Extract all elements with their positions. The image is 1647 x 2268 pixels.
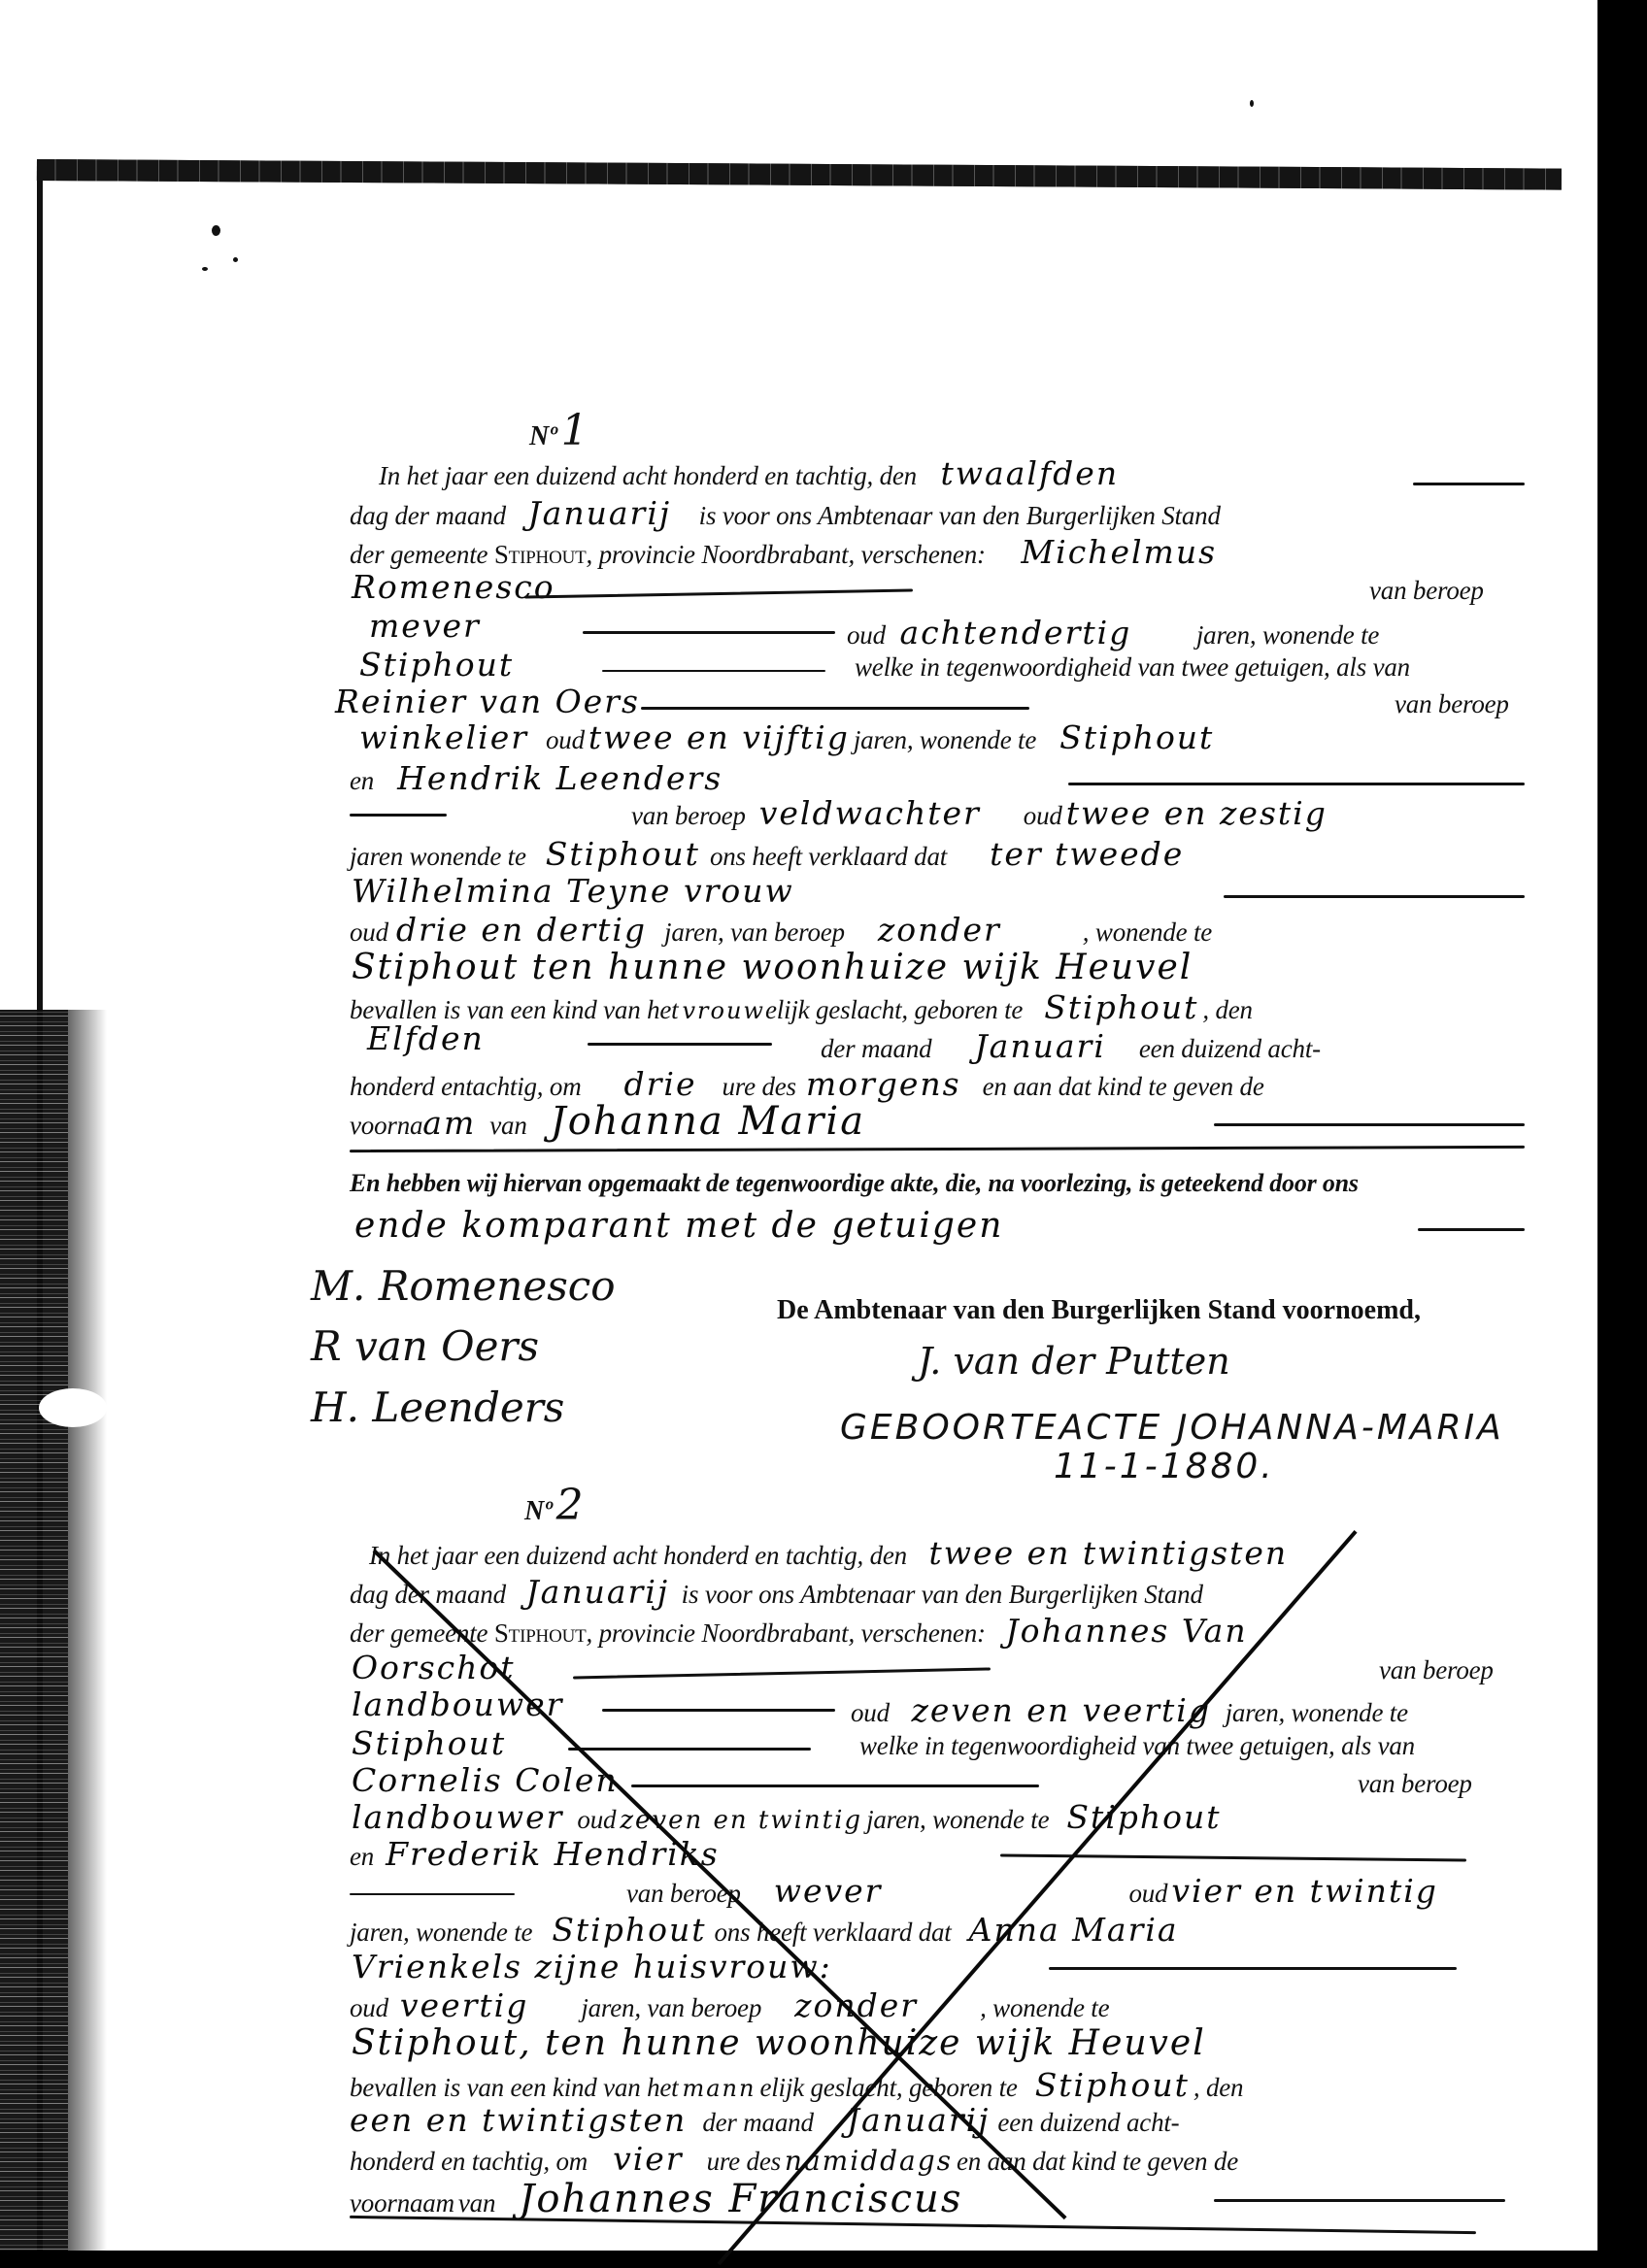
handwritten-occupation: landbouwer	[352, 1798, 563, 1836]
r1-line-17: honderd entachtig, om drie ure des morge…	[350, 1065, 1264, 1103]
number-value: 2	[556, 1481, 584, 1530]
handwritten-hour: drie	[624, 1065, 697, 1103]
handwritten-declarant-surname: Romenesco	[352, 568, 555, 606]
printed-text: , den	[1193, 2073, 1243, 2102]
printed-text: jaren, wonende te	[866, 1805, 1049, 1834]
r1-line-13: oud drie en dertig jaren, van beroep zon…	[350, 911, 1212, 949]
handwritten-witness-2: Frederik Hendriks	[386, 1835, 720, 1873]
handwritten-age: twee en zestig	[1066, 794, 1328, 832]
record-2-number: Nº 2	[524, 1481, 584, 1530]
printed-text: oud	[1024, 801, 1062, 830]
printed-text: elijk geslacht, geboren te	[765, 995, 1023, 1024]
record-1-number: Nº 1	[529, 406, 588, 455]
r1-line-11: jaren wonende te Stiphout ons heeft verk…	[350, 835, 1184, 873]
r2-line-17: honderd en tachtig, om vier ure des nami…	[350, 2140, 1238, 2178]
handwritten-mother-surname: Vrienkels zijne huisvrouw:	[352, 1948, 832, 1985]
printed-text: oud	[350, 1993, 388, 2022]
printed-text: oud	[1128, 1879, 1167, 1908]
handwritten-birth-month: Januari	[974, 1027, 1105, 1065]
closing-handwritten-text: ende komparant met de getuigen	[354, 1206, 1003, 1246]
printed-text: van beroep	[1358, 1769, 1472, 1799]
handwritten-sex: mann	[682, 2075, 756, 2102]
fill-line	[573, 1667, 991, 1679]
printed-text: der gemeente	[350, 540, 487, 569]
printed-text: bevallen is van een kind van het	[350, 2073, 678, 2102]
r1-line-5: oud achtendertig jaren, wonende te	[847, 614, 1379, 651]
r2-line-1: In het jaar een duizend acht honderd en …	[369, 1534, 1288, 1572]
r2-line-9: en Frederik Hendriks	[350, 1835, 720, 1873]
fill-line	[1049, 1967, 1457, 1970]
handwritten-time-of-day: morgens	[806, 1065, 961, 1103]
punch-hole	[39, 1388, 107, 1427]
fill-line	[568, 1748, 811, 1751]
handwritten-birth-month: Januarij	[847, 2101, 991, 2139]
printed-text: honderd en tachtig, om	[350, 2147, 588, 2176]
r2-line-3: der gemeente Stiphout, provincie Noordbr…	[350, 1612, 1248, 1650]
printed-text: , den	[1202, 995, 1252, 1024]
handwritten-witness-1: Reinier van Oers	[335, 683, 640, 720]
fill-line	[350, 1146, 1525, 1152]
printed-text: jaren wonende te	[350, 842, 526, 871]
annotation-title: GEBOORTEACTE JOHANNA-MARIA	[840, 1408, 1504, 1448]
handwritten-mother-name: Wilhelmina Teyne vrouw	[352, 872, 794, 910]
handwritten-sex: vrouw	[682, 997, 764, 1024]
printed-text: is voor ons Ambtenaar van den Burgerlijk…	[682, 1580, 1203, 1609]
signature-witness-1: R van Oers	[311, 1322, 539, 1370]
handwritten-text: am	[422, 1104, 476, 1142]
printed-text: In het jaar een duizend acht honderd en …	[379, 461, 917, 490]
printed-text: oud	[546, 725, 585, 754]
printed-text: ons heeft verklaard dat	[715, 1918, 952, 1947]
handwritten-age: twee en vijftig	[588, 718, 850, 756]
r1-line-3: der gemeente Stiphout, provincie Noordbr…	[350, 533, 1217, 571]
handwritten-residence: Stiphout	[352, 1724, 506, 1762]
r1-line-8: winkelier oud twee en vijftig jaren, won…	[359, 718, 1214, 756]
printed-text: jaren, wonende te	[854, 725, 1036, 754]
printed-text: welke in tegenwoordigheid van twee getui…	[855, 652, 1410, 683]
scan-binding-shadow	[0, 1010, 68, 2268]
printed-text: voornaam	[350, 2188, 454, 2218]
handwritten-declarant-surname: Oorschot	[352, 1649, 516, 1686]
handwritten-child-name: Johannes Franciscus	[519, 2177, 962, 2221]
municipality-name: Stiphout	[494, 540, 587, 569]
handwritten-age: vier en twintig	[1171, 1872, 1438, 1910]
handwritten-occupation: wever	[774, 1872, 883, 1910]
r2-line-8: landbouwer oud zeven en twintig jaren, w…	[352, 1798, 1222, 1836]
handwritten-residence: Stiphout	[1066, 1798, 1221, 1836]
printed-text: , provincie Noordbrabant, verschenen:	[587, 1618, 986, 1648]
printed-text: een duizend acht-	[997, 2108, 1179, 2137]
r1-line-10: van beroep veldwachter oud twee en zesti…	[631, 794, 1328, 832]
printed-text: ons heeft verklaard dat	[710, 842, 947, 871]
handwritten-mother-relation: ter tweede	[990, 835, 1184, 873]
handwritten-declarant-first-name: Michelmus	[1021, 533, 1217, 571]
fill-line	[1068, 783, 1525, 785]
printed-text: oud	[577, 1805, 616, 1834]
handwritten-month: Januarij	[527, 494, 671, 532]
printed-text: ure des	[707, 2147, 781, 2176]
handwritten-occupation: zonder	[878, 911, 1001, 949]
handwritten-occupation: mever	[369, 607, 481, 645]
fill-line	[602, 670, 825, 672]
r2-line-16: een en twintigsten der maand Januarij ee…	[350, 2101, 1179, 2139]
handwritten-witness-1: Cornelis Colen	[352, 1761, 619, 1799]
handwritten-residence: Stiphout	[546, 835, 700, 873]
r1-line-2: dag der maand Januarij is voor ons Ambte…	[350, 494, 1221, 532]
printed-text: en aan dat kind te geven de	[983, 1072, 1264, 1101]
printed-text: voorna	[350, 1111, 422, 1140]
r2-line-18: voornaam van Johannes Franciscus	[350, 2177, 962, 2221]
ink-speck	[1250, 100, 1254, 107]
annotation-date: 11-1-1880.	[1054, 1447, 1275, 1486]
r1-line-18: voornaam van Johanna Maria	[350, 1099, 865, 1144]
printed-text: , wonende te	[1083, 917, 1212, 947]
fill-line	[1224, 895, 1525, 898]
printed-text: van beroep	[631, 801, 746, 830]
printed-text: welke in tegenwoordigheid van twee getui…	[859, 1731, 1415, 1761]
handwritten-age: achtendertig	[899, 614, 1131, 651]
fill-line	[588, 1043, 772, 1046]
printed-text: der maand	[702, 2108, 813, 2137]
r2-line-5: oud zeven en veertig jaren, wonende te	[851, 1691, 1408, 1729]
printed-text: jaren, wonende te	[1226, 1698, 1408, 1727]
printed-text: van beroep	[1379, 1655, 1494, 1685]
printed-text: oud	[851, 1698, 890, 1727]
handwritten-age: drie en dertig	[396, 911, 647, 949]
printed-text: oud	[847, 620, 886, 650]
signature-declarant: M. Romenesco	[311, 1262, 616, 1310]
printed-text: honderd entachtig, om	[350, 1072, 582, 1101]
printed-text: jaren, wonende te	[350, 1918, 532, 1947]
handwritten-birth-place-detail: Stiphout, ten hunne woonhuize wijk Heuve…	[352, 2023, 1206, 2063]
printed-text: van beroep	[1395, 689, 1509, 719]
number-value: 1	[561, 406, 588, 455]
fill-line	[1413, 483, 1525, 485]
handwritten-declarant-first-name: Johannes Van	[1005, 1612, 1247, 1650]
handwritten-birth-day: een en twintigsten	[350, 2101, 687, 2139]
scan-right-black-strip	[1597, 0, 1647, 2268]
handwritten-month: Januarij	[525, 1573, 669, 1611]
printed-text: van beroep	[626, 1879, 741, 1908]
printed-text: van beroep	[1369, 576, 1484, 606]
handwritten-birth-place-detail: Stiphout ten hunne woonhuize wijk Heuvel	[352, 948, 1193, 987]
fill-line	[524, 589, 913, 599]
handwritten-hour: vier	[613, 2140, 684, 2178]
ink-speck	[233, 257, 238, 262]
handwritten-birth-place: Stiphout	[1035, 2066, 1190, 2104]
number-label: Nº	[524, 1496, 553, 1526]
handwritten-residence: Stiphout	[1059, 718, 1214, 756]
printed-text: , provincie Noordbrabant, verschenen:	[587, 540, 986, 569]
printed-text: oud	[350, 917, 388, 947]
handwritten-age: veertig	[400, 1986, 528, 2024]
fill-line	[1214, 1123, 1525, 1126]
printed-text: ure des	[723, 1072, 796, 1101]
printed-text: jaren, van beroep	[664, 917, 845, 947]
handwritten-day: twee en twintigsten	[929, 1534, 1289, 1572]
fill-line	[602, 1709, 835, 1712]
handwritten-child-name: Johanna Maria	[551, 1099, 865, 1144]
printed-text: jaren, wonende te	[1196, 620, 1379, 650]
r1-line-16: der maand Januari een duizend acht-	[821, 1027, 1321, 1065]
printed-text: en	[350, 1842, 374, 1871]
scan-binding-fade	[68, 1010, 107, 2268]
r1-line-15: bevallen is van een kind van het vrouwel…	[350, 988, 1253, 1026]
printed-text: en	[350, 766, 374, 795]
handwritten-age: zeven en veertig	[911, 1691, 1211, 1729]
printed-text: , wonende te	[980, 1993, 1109, 2022]
handwritten-occupation: veldwachter	[759, 794, 981, 832]
printed-text: van	[489, 1111, 526, 1140]
signature-registrar: J. van der Putten	[918, 1340, 1230, 1383]
closing-printed-text: En hebben wij hiervan opgemaakt de tegen…	[350, 1169, 1359, 1198]
r2-line-13: oud veertig jaren, van beroep zonder , w…	[350, 1986, 1109, 2024]
fill-line	[1418, 1228, 1525, 1231]
printed-text: van	[458, 2188, 495, 2218]
handwritten-residence: Stiphout	[552, 1911, 706, 1949]
printed-text: elijk geslacht, geboren te	[759, 2073, 1017, 2102]
printed-text: In het jaar een duizend acht honderd en …	[369, 1541, 907, 1570]
ink-speck	[212, 225, 220, 236]
fill-line	[1214, 2199, 1505, 2202]
handwritten-birth-day: Elfden	[367, 1019, 485, 1057]
number-label: Nº	[529, 421, 557, 451]
handwritten-birth-place: Stiphout	[1044, 988, 1198, 1026]
r1-line-9: en Hendrik Leenders	[350, 759, 723, 797]
fill-line	[631, 1784, 1039, 1787]
scan-top-border-band	[37, 159, 1562, 190]
fill-line	[641, 707, 1029, 710]
fill-line	[583, 631, 835, 634]
signature-witness-2: H. Leenders	[311, 1384, 564, 1431]
handwritten-occupation: winkelier	[359, 718, 528, 756]
r1-line-1: In het jaar een duizend acht honderd en …	[379, 454, 1119, 492]
printed-text: der maand	[821, 1034, 931, 1063]
printed-text: is voor ons Ambtenaar van den Burgerlijk…	[699, 501, 1221, 530]
printed-text: jaren, van beroep	[581, 1993, 761, 2022]
registrar-label: De Ambtenaar van den Burgerlijken Stand …	[777, 1295, 1421, 1326]
handwritten-witness-2: Hendrik Leenders	[397, 759, 723, 797]
municipality-name: Stiphout	[494, 1618, 587, 1648]
handwritten-day: twaalfden	[941, 454, 1120, 492]
printed-text: een duizend acht-	[1139, 1034, 1321, 1063]
handwritten-residence: Stiphout	[359, 646, 514, 684]
printed-text: dag der maand	[350, 501, 506, 530]
r2-line-15: bevallen is van een kind van het mann el…	[350, 2066, 1243, 2104]
fill-line	[350, 814, 447, 817]
ink-speck	[202, 267, 208, 271]
fill-line	[350, 1893, 515, 1895]
r2-line-2: dag der maand Januarij is voor ons Ambte…	[350, 1573, 1203, 1611]
scan-bottom-black-strip	[0, 2251, 1647, 2268]
